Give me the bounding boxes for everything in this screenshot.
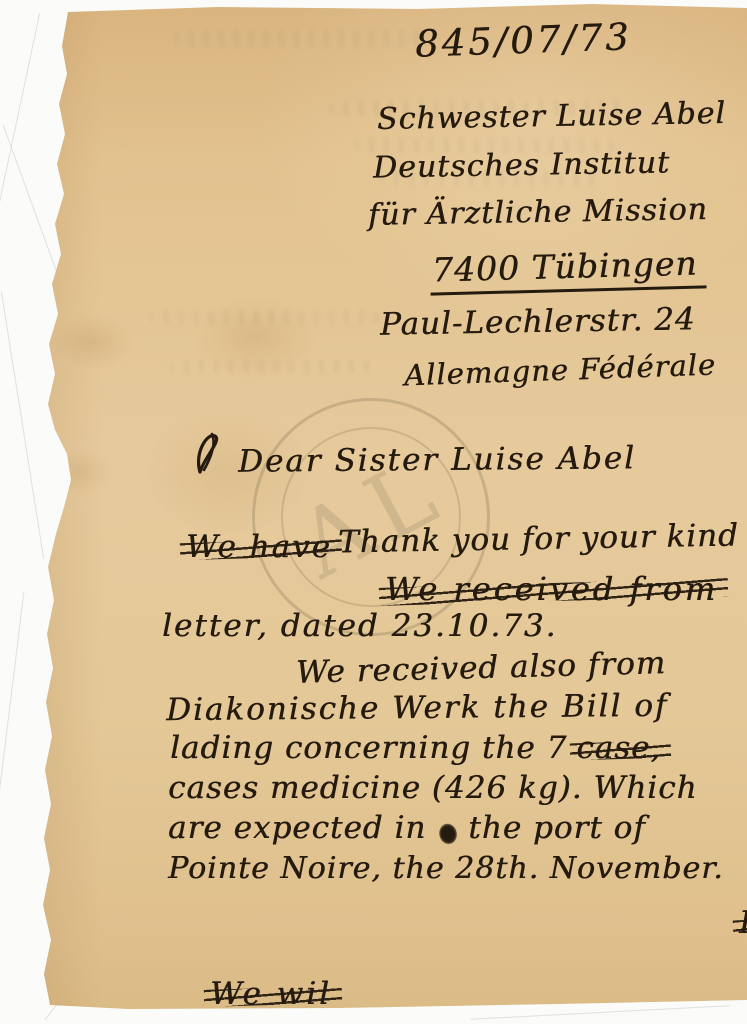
scanned-letter-page: { "colors": { "background": "#fbfbf9", "… [0,0,747,1024]
body-lading-line: lading concerning the 7 case, [170,731,661,767]
expected-pre-text: are expected in [168,811,426,847]
ink-blot [434,818,463,850]
struck-if-possible: If possible v [739,902,747,942]
body-thanks-line: Thank you for your kind [338,519,739,562]
struck-opening-words: We have [186,530,332,566]
struck-case-word: case, [576,731,661,767]
body-diakonische-line: Diakonische Werk the Bill of [166,689,669,729]
lading-text: lading concerning the 7 [170,731,567,767]
ink-scribble-mark [192,428,226,478]
recipient-line-3: für Ärztliche Mission [368,193,708,233]
recipient-line-1: Schwester Luise Abel [377,97,726,138]
salutation: Dear Sister Luise Abel [238,441,636,480]
scanner-fiber [0,13,40,307]
recipient-line-5: Paul-Lechlerstr. 24 [380,302,696,343]
struck-received-from: We received from [385,571,718,608]
scanner-fiber [3,125,59,276]
recipient-line-2: Deutsches Institut [373,146,671,186]
scanner-fiber [1,292,44,559]
recipient-line-4-underlined: 7400 Tübingen [429,244,706,295]
body-pointe-noire-line: Pointe Noire, the 28th. November. [168,852,724,887]
expected-post-text: the port of [468,811,645,847]
body-cases-line: cases medicine (426 kg). Which [168,771,697,807]
body-expected-line: are expected in the port of [168,811,646,847]
scanner-fiber [470,1005,730,1020]
scanner-fiber [0,591,24,909]
body-dated-line: letter, dated 23.10.73. [162,609,557,645]
reference-number: 845/07/73 [414,16,632,66]
struck-we-wil: We wil [210,977,332,1013]
